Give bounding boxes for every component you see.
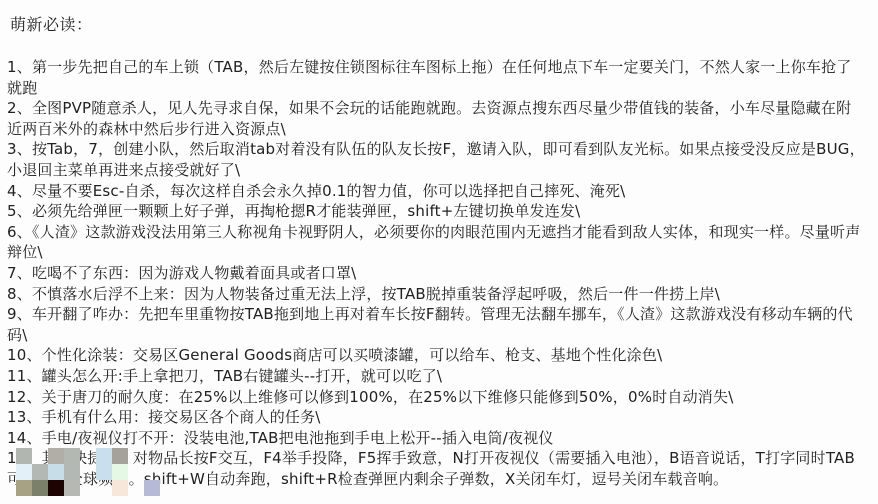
list-item: 11、罐头怎么开:手上拿把刀，TAB右键罐头--打开，就可以吃了\ <box>7 366 866 387</box>
guide-document: 萌新必读： 1、第一步先把自己的车上锁（TAB，然后左键按住锁图标往车图标上拖）… <box>0 0 878 504</box>
list-item: 12、关于唐刀的耐久度：在25%以上维修可以修到100%，在25%以下维修只能修… <box>7 387 866 408</box>
list-item: 1、第一步先把自己的车上锁（TAB，然后左键按住锁图标往车图标上拖）在任何地点下… <box>7 57 866 98</box>
page-title: 萌新必读： <box>0 0 878 36</box>
mosaic-cell <box>48 464 64 480</box>
list-item: 5、必须先给弹匣一颗颗上好子弹，再掏枪摁R才能装弹匣，shift+左键切换单发连… <box>7 201 866 222</box>
list-item: 3、按Tab，7，创建小队，然后取消tab对着没有队伍的队友长按F，邀请入队，即… <box>7 139 866 180</box>
list-item: 2、全图PVP随意杀人，见人先寻求自保，如果不会玩的话能跑就跑。去资源点搜东西尽… <box>7 98 866 139</box>
list-item: 10、个性化涂装：交易区General Goods商店可以买喷漆罐，可以给车、枪… <box>7 345 866 366</box>
mosaic-cell <box>32 464 48 480</box>
list-item: 4、尽量不要Esc-自杀，每次这样自杀会永久掉0.1的智力值，你可以选择把自己摔… <box>7 181 866 202</box>
list-item: 14、手电/夜视仪打不开：没装电池,TAB把电池拖到手电上松开--插入电筒/夜视… <box>7 428 866 449</box>
list-item: 8、不慎落水后浮不上来：因为人物装备过重无法上浮，按TAB脱掉重装备浮起呼吸，然… <box>7 284 866 305</box>
mosaic-cell <box>16 480 32 496</box>
list-item: 13、手机有什么用：接交易区各个商人的任务\ <box>7 407 866 428</box>
mosaic-cell <box>96 448 112 480</box>
list-item: 9、车开翻了咋办：先把车里重物按TAB拖到地上再对着车长按F翻转。管理无法翻车挪… <box>7 304 866 345</box>
mosaic-cell <box>112 448 128 464</box>
mosaic-cell <box>48 480 64 496</box>
mosaic-cell <box>32 480 48 496</box>
list-item: 7、吃喝不了东西：因为游戏人物戴着面具或者口罩\ <box>7 263 866 284</box>
mosaic-cell <box>64 480 80 496</box>
mosaic-cell <box>64 448 80 464</box>
mosaic-cell <box>112 480 128 496</box>
mosaic-cell <box>144 480 160 496</box>
mosaic-cell <box>48 448 64 464</box>
mosaic-cell <box>16 464 32 480</box>
mosaic-cell <box>16 448 32 464</box>
list-item: 6、《人渣》这款游戏没法用第三人称视角卡视野阴人，必须要你的肉眼范围内无遮挡才能… <box>7 222 866 263</box>
mosaic-cell <box>64 464 80 480</box>
mosaic-cell <box>112 464 128 480</box>
tips-list: 1、第一步先把自己的车上锁（TAB，然后左键按住锁图标往车图标上拖）在任何地点下… <box>0 57 878 489</box>
censored-thumbnails <box>0 448 878 496</box>
